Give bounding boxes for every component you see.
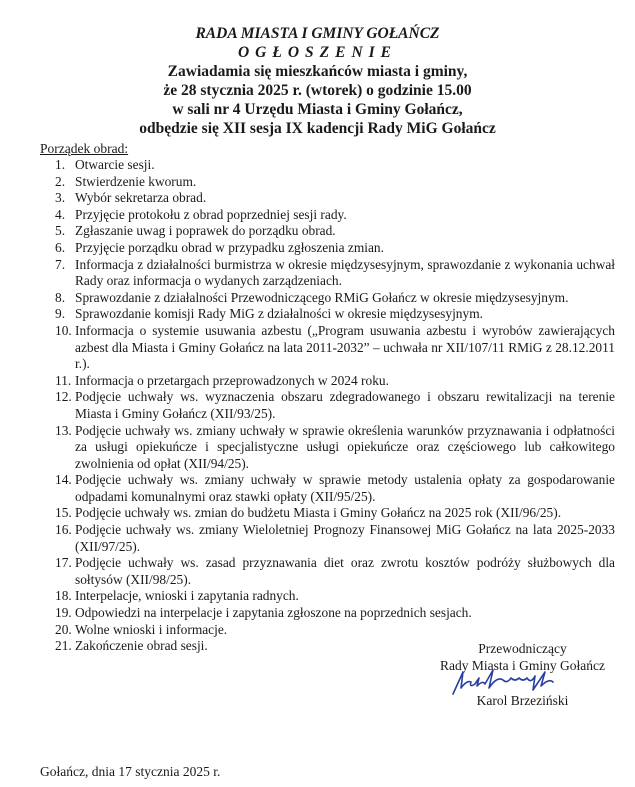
- agenda-item: 11.Informacja o przetargach przeprowadzo…: [40, 373, 615, 390]
- announcement-line-3: w sali nr 4 Urzędu Miasta i Gminy Gołańc…: [0, 100, 635, 119]
- agenda-item-number: 2.: [55, 174, 73, 191]
- agenda-item: 12.Podjęcie uchwały ws. wyznaczenia obsz…: [40, 389, 615, 422]
- agenda-item-number: 5.: [55, 223, 73, 240]
- agenda-item: 17.Podjęcie uchwały ws. zasad przyznawan…: [40, 555, 615, 588]
- agenda-item-number: 12.: [55, 389, 73, 406]
- agenda-item-text: Zakończenie obrad sesji.: [75, 638, 208, 653]
- agenda-item-text: Podjęcie uchwały ws. zmiany uchwały w sp…: [75, 423, 615, 471]
- announcement-line-2: że 28 stycznia 2025 r. (wtorek) o godzin…: [0, 81, 635, 100]
- agenda-item-number: 1.: [55, 157, 73, 174]
- agenda-item-number: 19.: [55, 605, 73, 622]
- agenda-item: 19.Odpowiedzi na interpelacje i zapytani…: [40, 605, 615, 622]
- agenda-item: 15.Podjęcie uchwały ws. zmian do budżetu…: [40, 505, 615, 522]
- agenda-item: 13.Podjęcie uchwały ws. zmiany uchwały w…: [40, 423, 615, 473]
- agenda-item-number: 11.: [55, 373, 73, 390]
- agenda-item: 9.Sprawozdanie komisji Rady MiG z działa…: [40, 306, 615, 323]
- signature-scribble-icon: [449, 666, 579, 698]
- agenda-list: 1.Otwarcie sesji.2.Stwierdzenie kworum.3…: [40, 157, 615, 655]
- agenda-item-number: 10.: [55, 323, 73, 340]
- agenda-item-text: Odpowiedzi na interpelacje i zapytania z…: [75, 605, 472, 620]
- agenda-item: 8.Sprawozdanie z działalności Przewodnic…: [40, 290, 615, 307]
- announcement-line-1: Zawiadamia się mieszkańców miasta i gmin…: [0, 62, 635, 81]
- agenda-item-number: 18.: [55, 588, 73, 605]
- agenda-item-text: Sprawozdanie z działalności Przewodniczą…: [75, 290, 568, 305]
- agenda-item-text: Informacja o systemie usuwania azbestu (…: [75, 323, 615, 371]
- agenda-item: 20.Wolne wnioski i informacje.: [40, 622, 615, 639]
- agenda-item-number: 7.: [55, 257, 73, 274]
- signature-block: Przewodniczący Rady Miasta i Gminy Gołań…: [425, 640, 620, 709]
- agenda-item-text: Stwierdzenie kworum.: [75, 174, 196, 189]
- agenda-item: 1.Otwarcie sesji.: [40, 157, 615, 174]
- agenda-item-number: 4.: [55, 207, 73, 224]
- agenda-item-text: Otwarcie sesji.: [75, 157, 155, 172]
- agenda-item-number: 14.: [55, 472, 73, 489]
- signatory-role: Przewodniczący: [425, 640, 620, 657]
- agenda-item-number: 9.: [55, 306, 73, 323]
- agenda-item-number: 15.: [55, 505, 73, 522]
- agenda-item-text: Przyjęcie protokołu z obrad poprzedniej …: [75, 207, 347, 222]
- agenda-item: 16.Podjęcie uchwały ws. zmiany Wieloletn…: [40, 522, 615, 555]
- agenda-item-text: Wolne wnioski i informacje.: [75, 622, 227, 637]
- agenda-item: 4.Przyjęcie protokołu z obrad poprzednie…: [40, 207, 615, 224]
- agenda-item-text: Podjęcie uchwały ws. wyznaczenia obszaru…: [75, 389, 615, 421]
- agenda-title: Porządek obrad:: [40, 141, 128, 157]
- agenda-item-text: Zgłaszanie uwag i poprawek do porządku o…: [75, 223, 336, 238]
- agenda-item: 18.Interpelacje, wnioski i zapytania rad…: [40, 588, 615, 605]
- agenda-item-number: 3.: [55, 190, 73, 207]
- agenda-item-text: Sprawozdanie komisji Rady MiG z działaln…: [75, 306, 483, 321]
- agenda-item: 14.Podjęcie uchwały ws. zmiany uchwały w…: [40, 472, 615, 505]
- agenda-item-text: Podjęcie uchwały ws. zmiany uchwały w sp…: [75, 472, 615, 504]
- agenda-item: 3.Wybór sekretarza obrad.: [40, 190, 615, 207]
- document-header: RADA MIASTA I GMINY GOŁAŃCZ OGŁOSZENIE Z…: [0, 24, 635, 138]
- agenda-item-number: 20.: [55, 622, 73, 639]
- handwritten-signature: [425, 674, 620, 692]
- agenda-item-number: 16.: [55, 522, 73, 539]
- agenda-item-number: 13.: [55, 423, 73, 440]
- notice-title: OGŁOSZENIE: [0, 43, 635, 62]
- agenda-item-text: Informacja o przetargach przeprowadzonyc…: [75, 373, 389, 388]
- agenda-item-number: 8.: [55, 290, 73, 307]
- agenda-item-number: 6.: [55, 240, 73, 257]
- council-name: RADA MIASTA I GMINY GOŁAŃCZ: [0, 24, 635, 43]
- place-and-date: Gołańcz, dnia 17 stycznia 2025 r.: [40, 764, 220, 780]
- agenda-item-text: Podjęcie uchwały ws. zmian do budżetu Mi…: [75, 505, 561, 520]
- agenda-item: 7.Informacja z działalności burmistrza w…: [40, 257, 615, 290]
- agenda-item-text: Podjęcie uchwały ws. zasad przyznawania …: [75, 555, 615, 587]
- agenda-item-number: 17.: [55, 555, 73, 572]
- agenda-item-text: Wybór sekretarza obrad.: [75, 190, 206, 205]
- agenda-item: 6.Przyjęcie porządku obrad w przypadku z…: [40, 240, 615, 257]
- announcement-line-4: odbędzie się XII sesja IX kadencji Rady …: [0, 119, 635, 138]
- agenda-item-text: Przyjęcie porządku obrad w przypadku zgł…: [75, 240, 384, 255]
- agenda-item-text: Informacja z działalności burmistrza w o…: [75, 257, 615, 289]
- agenda-item: 5.Zgłaszanie uwag i poprawek do porządku…: [40, 223, 615, 240]
- agenda-item-text: Interpelacje, wnioski i zapytania radnyc…: [75, 588, 299, 603]
- agenda-item: 2.Stwierdzenie kworum.: [40, 174, 615, 191]
- agenda-item: 10.Informacja o systemie usuwania azbest…: [40, 323, 615, 373]
- agenda-item-text: Podjęcie uchwały ws. zmiany Wieloletniej…: [75, 522, 615, 554]
- agenda-item-number: 21.: [55, 638, 73, 655]
